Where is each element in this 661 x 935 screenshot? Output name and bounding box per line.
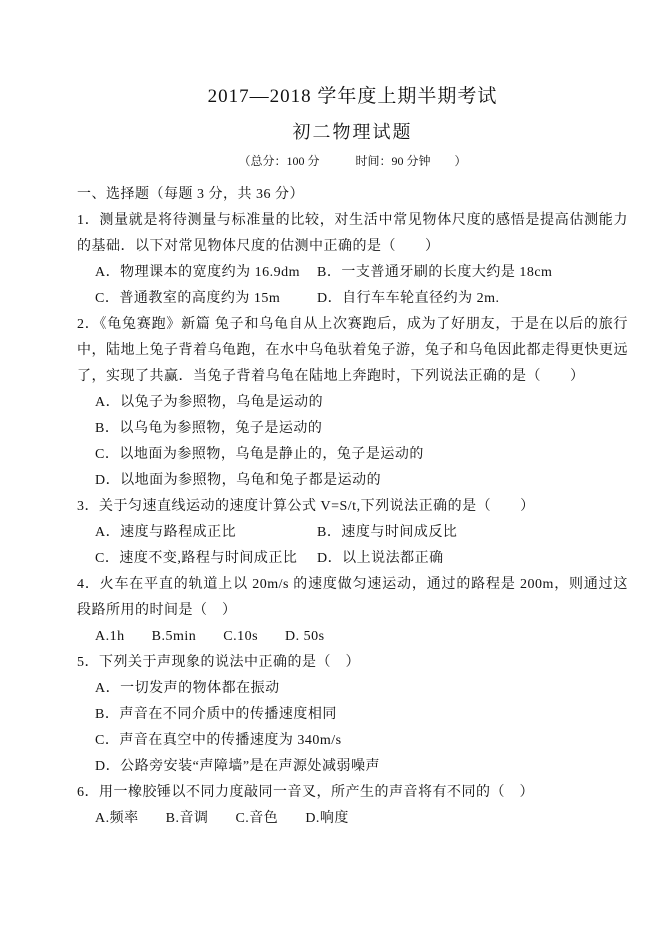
exam-subtitle: 初二物理试题 — [77, 119, 628, 145]
question-6-option-D: D.响度 — [305, 806, 349, 832]
question-6-stem: 6．用一橡胶锤以不同力度敲同一音叉，所产生的声音将有不同的（ ） — [77, 780, 628, 806]
question-3-options: A．速度与路程成正比B．速度与时间成反比C．速度不变,路程与时间成正比D．以上说… — [95, 520, 628, 572]
question-6-option-C: C.音色 — [235, 806, 278, 832]
question-5-stem: 5．下列关于声现象的说法中正确的是（ ） — [77, 650, 628, 676]
question-5: 5．下列关于声现象的说法中正确的是（ ）A．一切发声的物体都在振动B．声音在不同… — [77, 650, 628, 780]
question-2-option-A: A．以兔子为参照物，乌龟是运动的 — [95, 390, 628, 416]
exam-page: 2017—2018 学年度上期半期考试 初二物理试题 （总分：100 分 时间：… — [0, 0, 661, 935]
question-5-option-A: A．一切发声的物体都在振动 — [95, 676, 628, 702]
question-3-option-A: A．速度与路程成正比 — [95, 520, 317, 546]
exam-header: 2017—2018 学年度上期半期考试 初二物理试题 （总分：100 分 时间：… — [77, 0, 628, 169]
question-6-option-A: A.频率 — [95, 806, 139, 832]
section-heading: 一、选择题（每题 3 分，共 36 分） — [77, 182, 628, 208]
question-3-option-C: C．速度不变,路程与时间成正比 — [95, 546, 317, 572]
question-1-option-A: A．物理课本的宽度约为 16.9dm — [95, 260, 317, 286]
question-4-option-D: D. 50s — [285, 624, 325, 650]
question-1-option-C: C．普通教室的高度约为 15m — [95, 286, 317, 312]
question-3: 3．关于匀速直线运动的速度计算公式 V=S/t,下列说法正确的是（ ）A．速度与… — [77, 494, 628, 572]
question-2-option-D: D．以地面为参照物，乌龟和兔子都是运动的 — [95, 468, 628, 494]
question-6: 6．用一橡胶锤以不同力度敲同一音叉，所产生的声音将有不同的（ ）A.频率B.音调… — [77, 780, 628, 832]
question-5-option-C: C．声音在真空中的传播速度为 340m/s — [95, 728, 628, 754]
question-5-options: A．一切发声的物体都在振动B．声音在不同介质中的传播速度相同C．声音在真空中的传… — [95, 676, 628, 780]
questions: 1．测量就是将待测量与标准量的比较，对生活中常见物体尺度的感悟是提高估测能力的基… — [77, 208, 628, 832]
question-3-option-B: B．速度与时间成反比 — [317, 520, 628, 546]
question-2: 2．《龟兔赛跑》新篇 兔子和乌龟自从上次赛跑后，成为了好朋友，于是在以后的旅行中… — [77, 312, 628, 494]
question-1-stem: 1．测量就是将待测量与标准量的比较，对生活中常见物体尺度的感悟是提高估测能力的基… — [77, 208, 628, 260]
question-6-options: A.频率B.音调C.音色D.响度 — [95, 806, 628, 832]
question-4-option-C: C.10s — [223, 624, 258, 650]
question-1-options: A．物理课本的宽度约为 16.9dmB．一支普通牙刷的长度大约是 18cmC．普… — [95, 260, 628, 312]
question-3-stem: 3．关于匀速直线运动的速度计算公式 V=S/t,下列说法正确的是（ ） — [77, 494, 628, 520]
question-1-option-B: B．一支普通牙刷的长度大约是 18cm — [317, 260, 628, 286]
question-2-options: A．以兔子为参照物，乌龟是运动的B．以乌龟为参照物，兔子是运动的C．以地面为参照… — [95, 390, 628, 494]
question-6-option-B: B.音调 — [166, 806, 209, 832]
question-1: 1．测量就是将待测量与标准量的比较，对生活中常见物体尺度的感悟是提高估测能力的基… — [77, 208, 628, 312]
exam-meta: （总分：100 分 时间：90 分钟 ） — [77, 153, 628, 169]
question-4: 4．火车在平直的轨道上以 20m/s 的速度做匀速运动，通过的路程是 200m，… — [77, 572, 628, 650]
question-5-option-D: D．公路旁安装“声障墙”是在声源处减弱噪声 — [95, 754, 628, 780]
question-4-options: A.1hB.5minC.10sD. 50s — [95, 624, 628, 650]
question-4-option-B: B.5min — [152, 624, 197, 650]
question-3-option-D: D．以上说法都正确 — [317, 546, 628, 572]
exam-title: 2017—2018 学年度上期半期考试 — [77, 84, 628, 110]
question-4-stem: 4．火车在平直的轨道上以 20m/s 的速度做匀速运动，通过的路程是 200m，… — [77, 572, 628, 624]
question-4-option-A: A.1h — [95, 624, 125, 650]
question-1-option-D: D．自行车车轮直径约为 2m. — [317, 286, 628, 312]
question-2-option-C: C．以地面为参照物，乌龟是静止的，兔子是运动的 — [95, 442, 628, 468]
question-5-option-B: B．声音在不同介质中的传播速度相同 — [95, 702, 628, 728]
question-2-option-B: B．以乌龟为参照物，兔子是运动的 — [95, 416, 628, 442]
question-2-stem: 2．《龟兔赛跑》新篇 兔子和乌龟自从上次赛跑后，成为了好朋友，于是在以后的旅行中… — [77, 312, 628, 390]
